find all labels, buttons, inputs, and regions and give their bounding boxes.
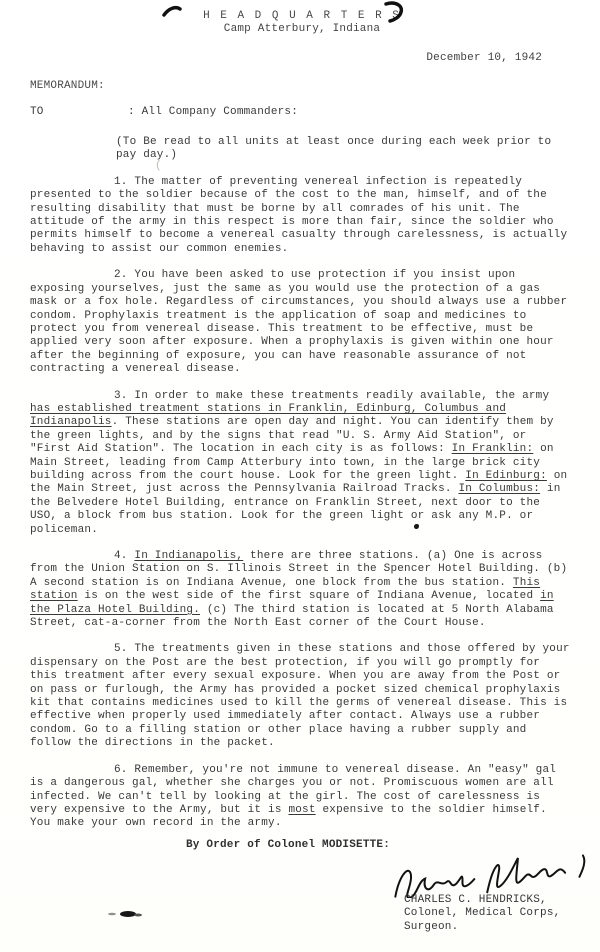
order-line: By Order of Colonel MODISETTE: (186, 839, 390, 852)
signer-role: Surgeon. (404, 921, 597, 934)
letterhead: H E A D Q U A R T E R S Camp Atterbury, … (30, 10, 574, 37)
reading-instruction-note: (To Be read to all units at least once d… (116, 136, 568, 163)
paragraph-text: In Columbus: (458, 483, 540, 495)
ink-smudge-icon (104, 908, 144, 920)
paragraph: 4. In Indianapolis, there are three stat… (30, 550, 574, 630)
memorandum-label: MEMORANDUM: (30, 80, 574, 93)
paragraphs: 1. The matter of preventing venereal inf… (30, 176, 574, 831)
paragraph: 2. You have been asked to use protection… (30, 269, 574, 376)
paragraph: 3. In order to make these treatments rea… (30, 390, 574, 537)
paragraph-text: most (288, 804, 315, 816)
paragraph: 5. The treatments given in these station… (30, 643, 574, 750)
paragraph-text: there are three stations. (a) One is acr… (30, 550, 567, 589)
pen-stroke-top-left-icon (162, 4, 182, 18)
to-label: TO (30, 106, 128, 119)
paragraph-text: In Edinburg: (465, 470, 547, 482)
camp-name: Camp Atterbury, Indiana (30, 23, 574, 36)
signer-name: CHARLES C. HENDRICKS, (404, 894, 597, 907)
paragraph-text: 1. The matter of preventing venereal inf… (30, 176, 567, 255)
paragraph-text: In Indianapolis, (134, 550, 243, 562)
paragraph-text: In Franklin: (452, 443, 534, 455)
handwritten-signature-icon (388, 850, 593, 898)
signer-title: Colonel, Medical Corps, (404, 907, 597, 920)
headquarters-title: H E A D Q U A R T E R S (30, 10, 574, 23)
paragraph-text: 5. The treatments given in these station… (30, 643, 570, 749)
paragraph-text: 3. In order to make these treatments rea… (114, 390, 549, 402)
signature-block: CHARLES C. HENDRICKS, Colonel, Medical C… (392, 850, 597, 934)
stray-paren-mark: ( (155, 160, 162, 173)
scanned-memo-page: H E A D Q U A R T E R S Camp Atterbury, … (0, 0, 600, 952)
date-line: December 10, 1942 (30, 52, 574, 65)
pen-stroke-top-right-icon (382, 0, 408, 24)
paragraph-text: 4. (114, 550, 134, 562)
paragraph-text: 2. You have been asked to use protection… (30, 269, 567, 375)
paragraph: 1. The matter of preventing venereal inf… (30, 176, 574, 256)
to-value: : All Company Commanders: (128, 106, 298, 119)
paragraph-text: is on the west side of the first square … (78, 590, 540, 602)
paragraph: 6. Remember, you're not immune to venere… (30, 764, 574, 831)
to-line: TO : All Company Commanders: (30, 106, 574, 119)
